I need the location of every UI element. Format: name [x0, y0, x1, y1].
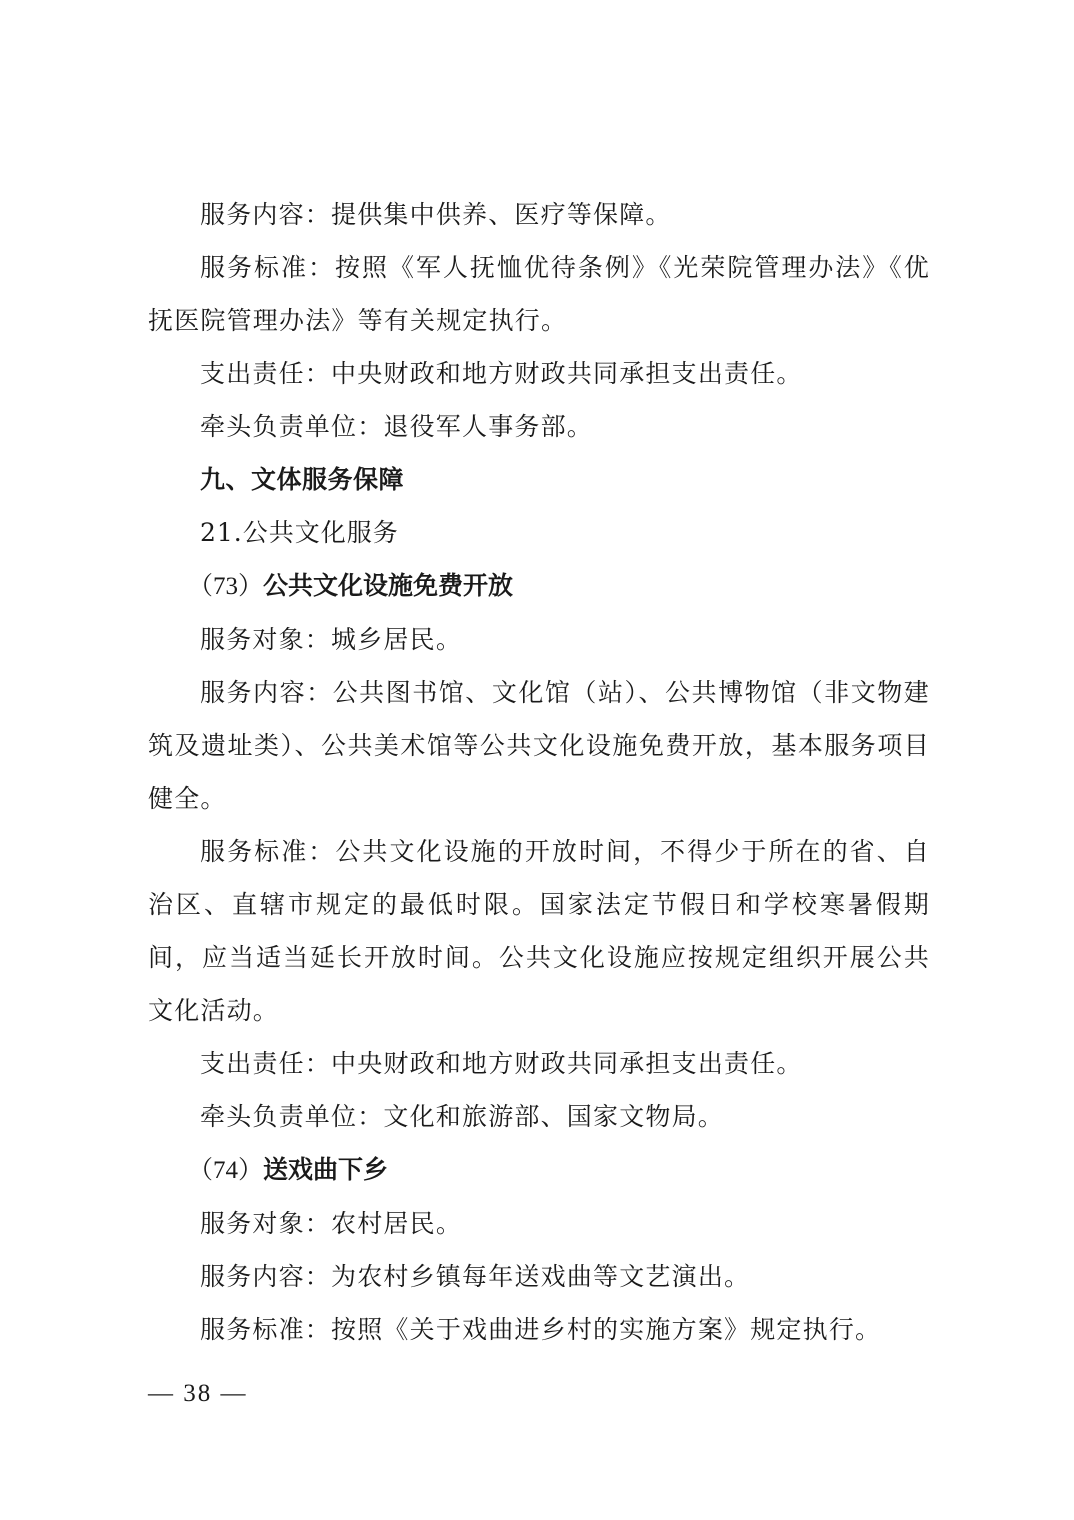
field-text: 按照《关于戏曲进乡村的实施方案》规定执行。: [331, 1315, 881, 1344]
field-text: 中央财政和地方财政共同承担支出责任。: [331, 1049, 803, 1078]
item-number: （74）: [188, 1157, 263, 1184]
paragraph-expenditure-responsibility: 支出责任：中央财政和地方财政共同承担支出责任。: [148, 1037, 930, 1090]
item-title-74: （74）送戏曲下乡: [148, 1143, 930, 1197]
field-label: 支出责任：: [200, 359, 331, 388]
document-page: 服务内容：提供集中供养、医疗等保障。 服务标准：按照《军人抚恤优待条例》《光荣院…: [148, 188, 930, 1356]
field-label: 服务内容：: [200, 200, 331, 229]
paragraph-service-standard: 服务标准：按照《军人抚恤优待条例》《光荣院管理办法》《优抚医院管理办法》等有关规…: [148, 241, 930, 347]
field-label: 服务对象：: [200, 625, 331, 654]
field-text: 为农村乡镇每年送戏曲等文艺演出。: [331, 1262, 750, 1291]
field-text: 城乡居民。: [331, 625, 462, 654]
section-heading: 九、文体服务保障: [148, 453, 930, 506]
field-text: 农村居民。: [331, 1209, 462, 1238]
field-label: 牵头负责单位：: [200, 412, 383, 441]
paragraph-service-content: 服务内容：公共图书馆、文化馆（站）、公共博物馆（非文物建筑及遗址类）、公共美术馆…: [148, 666, 930, 825]
paragraph-service-target: 服务对象：农村居民。: [148, 1197, 930, 1250]
field-text: 提供集中供养、医疗等保障。: [331, 200, 672, 229]
field-label: 服务标准：: [200, 837, 335, 866]
paragraph-service-target: 服务对象：城乡居民。: [148, 613, 930, 666]
item-title-73: （73）公共文化设施免费开放: [148, 559, 930, 613]
paragraph-lead-unit: 牵头负责单位：退役军人事务部。: [148, 400, 930, 453]
item-title-text: 公共文化设施免费开放: [263, 571, 513, 600]
item-number: （73）: [188, 573, 263, 600]
paragraph-service-content: 服务内容：为农村乡镇每年送戏曲等文艺演出。: [148, 1250, 930, 1303]
field-text: 文化和旅游部、国家文物局。: [383, 1102, 724, 1131]
field-label: 服务对象：: [200, 1209, 331, 1238]
field-label: 服务标准：: [200, 253, 335, 282]
field-text: 中央财政和地方财政共同承担支出责任。: [331, 359, 803, 388]
field-label: 牵头负责单位：: [200, 1102, 383, 1131]
paragraph-service-standard: 服务标准：按照《关于戏曲进乡村的实施方案》规定执行。: [148, 1303, 930, 1356]
field-label: 支出责任：: [200, 1049, 331, 1078]
field-label: 服务内容：: [200, 1262, 331, 1291]
field-label: 服务标准：: [200, 1315, 331, 1344]
field-text: 退役军人事务部。: [383, 412, 593, 441]
subsection-heading: 21.公共文化服务: [148, 506, 930, 559]
page-number: — 38 —: [148, 1380, 248, 1408]
paragraph-service-standard: 服务标准：公共文化设施的开放时间，不得少于所在的省、自治区、直辖市规定的最低时限…: [148, 825, 930, 1037]
paragraph-service-content: 服务内容：提供集中供养、医疗等保障。: [148, 188, 930, 241]
paragraph-expenditure-responsibility: 支出责任：中央财政和地方财政共同承担支出责任。: [148, 347, 930, 400]
item-title-text: 送戏曲下乡: [263, 1155, 388, 1184]
field-label: 服务内容：: [200, 678, 333, 707]
paragraph-lead-unit: 牵头负责单位：文化和旅游部、国家文物局。: [148, 1090, 930, 1143]
